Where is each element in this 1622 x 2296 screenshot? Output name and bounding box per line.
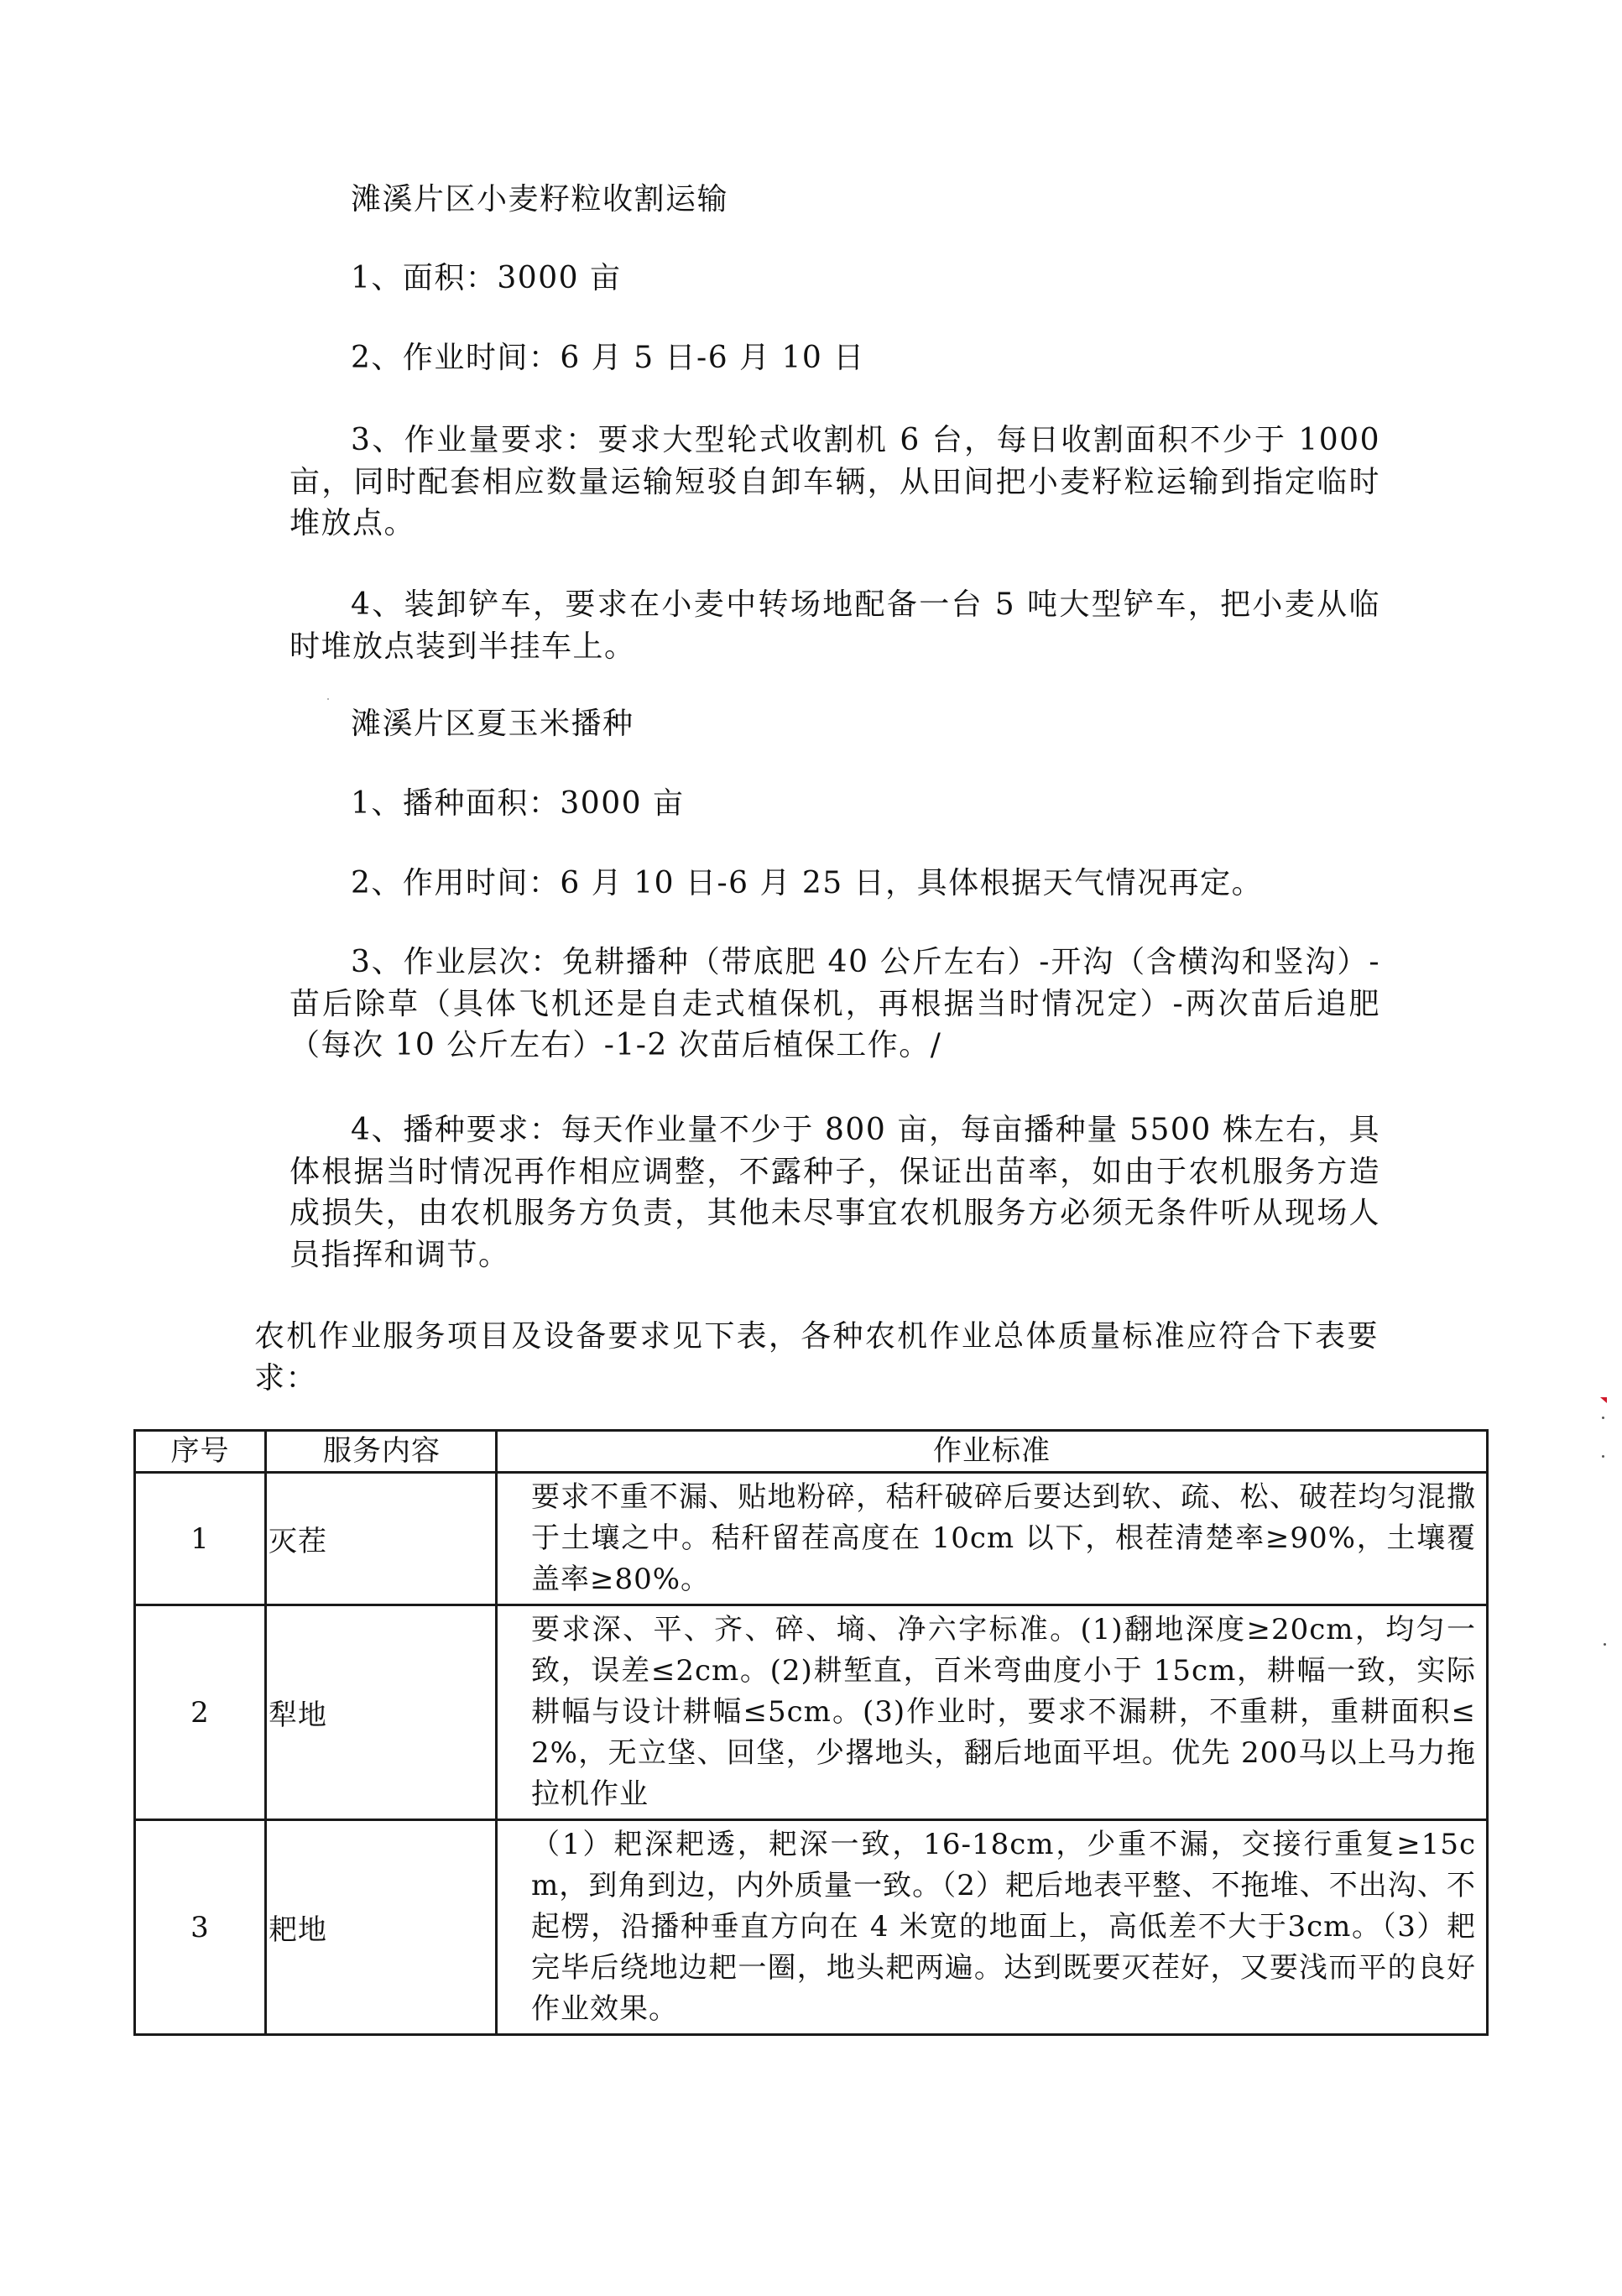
section2-item-2: 2、作用时间：6 月 10 日-6 月 25 日，具体根据天气情况再定。: [351, 863, 1263, 904]
document-page: 滩溪片区小麦籽粒收割运输 1、面积：3000 亩 2、作业时间：6 月 5 日-…: [0, 0, 1622, 2296]
header-service: 服务内容: [266, 1431, 497, 1473]
scan-dot-icon: [1602, 1417, 1604, 1419]
section1-item-4: 4、装卸铲车，要求在小麦中转场地配备一台 5 吨大型铲车，把小麦从临时堆放点装到…: [289, 584, 1380, 667]
row-service: 犁地: [266, 1605, 497, 1820]
row-service: 灭茬: [266, 1473, 497, 1605]
section2-item-3: 3、作业层次：免耕播种（带底肥 40 公斤左右）-开沟（含横沟和竖沟）-苗后除草…: [289, 942, 1380, 1067]
header-standard: 作业标准: [497, 1431, 1488, 1473]
section2-item-1: 1、播种面积：3000 亩: [351, 783, 684, 824]
table-intro: 农机作业服务项目及设备要求见下表，各种农机作业总体质量标准应符合下表要求：: [254, 1316, 1379, 1399]
row-standard: （1）耙深耙透，耙深一致，16-18cm，少重不漏，交接行重复≥15cm，到角到…: [497, 1820, 1488, 2035]
section2-item-4: 4、播种要求：每天作业量不少于 800 亩，每亩播种量 5500 株左右，具体根…: [289, 1109, 1380, 1276]
table-row: 1 灭茬 要求不重不漏、贴地粉碎，秸秆破碎后要达到软、疏、松、破茬均匀混撒于土壤…: [135, 1473, 1488, 1605]
table-row: 3 耙地 （1）耙深耙透，耙深一致，16-18cm，少重不漏，交接行重复≥15c…: [135, 1820, 1488, 2035]
table-header-row: 序号 服务内容 作业标准: [135, 1431, 1488, 1473]
row-service: 耙地: [266, 1820, 497, 2035]
seal-fragment-icon: [1600, 1397, 1607, 1403]
table-row: 2 犁地 要求深、平、齐、碎、墒、净六字标准。(1)翻地深度≥20cm，均匀一致…: [135, 1605, 1488, 1820]
section2-title: 滩溪片区夏玉米播种: [351, 703, 634, 744]
row-standard: 要求不重不漏、贴地粉碎，秸秆破碎后要达到软、疏、松、破茬均匀混撒于土壤之中。秸秆…: [497, 1473, 1488, 1605]
scan-dot-icon: [1602, 1455, 1604, 1458]
scan-dot-icon: [1604, 1643, 1606, 1646]
row-no: 2: [135, 1605, 266, 1820]
section1-item-2: 2、作业时间：6 月 5 日-6 月 10 日: [351, 337, 865, 378]
scan-dot-icon: [327, 698, 329, 700]
row-no: 3: [135, 1820, 266, 2035]
section1-item-1: 1、面积：3000 亩: [351, 258, 621, 299]
section1-item-3: 3、作业量要求：要求大型轮式收割机 6 台，每日收割面积不少于 1000 亩，同…: [289, 420, 1380, 545]
row-no: 1: [135, 1473, 266, 1605]
section1-title: 滩溪片区小麦籽粒收割运输: [351, 179, 728, 220]
standards-table: 序号 服务内容 作业标准 1 灭茬 要求不重不漏、贴地粉碎，秸秆破碎后要达到软、…: [133, 1429, 1489, 2036]
header-no: 序号: [135, 1431, 266, 1473]
row-standard: 要求深、平、齐、碎、墒、净六字标准。(1)翻地深度≥20cm，均匀一致，误差≤2…: [497, 1605, 1488, 1820]
